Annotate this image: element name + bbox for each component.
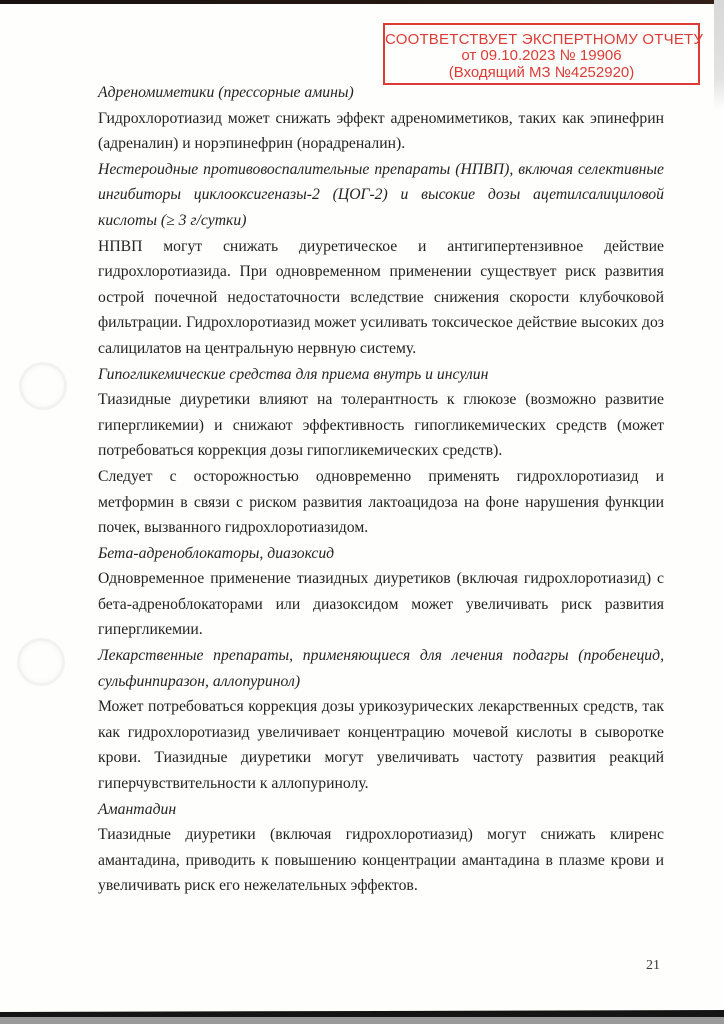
punch-hole-mark bbox=[19, 362, 67, 410]
section-paragraph: Может потребоваться коррекция дозы урико… bbox=[98, 694, 664, 796]
punch-hole-mark bbox=[17, 638, 65, 686]
scan-edge-right bbox=[714, 0, 724, 110]
section-paragraph: Гидрохлоротиазид может снижать эффект ад… bbox=[98, 106, 664, 157]
section-paragraph: Одновременное применение тиазидных диуре… bbox=[98, 566, 664, 643]
section-heading: Гипогликемические средства для приема вн… bbox=[98, 362, 664, 388]
approval-stamp: СООТВЕТСТВУЕТ ЭКСПЕРТНОМУ ОТЧЕТУ от 09.1… bbox=[383, 23, 700, 85]
section-paragraph: Следует с осторожностью одновременно при… bbox=[98, 464, 664, 541]
stamp-incoming-number: (Входящий МЗ №4252920) bbox=[385, 65, 698, 82]
section-heading: Амантадин bbox=[98, 797, 664, 823]
scan-edge-top bbox=[0, 0, 724, 4]
page-number: 21 bbox=[646, 958, 660, 974]
section-heading: Бета-адреноблокаторы, диазоксид bbox=[98, 541, 664, 567]
section-paragraph: Тиазидные диуретики (включая гидрохлорот… bbox=[98, 822, 664, 899]
section-heading: Адреномиметики (прессорные амины) bbox=[98, 80, 664, 106]
stamp-title: СООТВЕТСТВУЕТ ЭКСПЕРТНОМУ ОТЧЕТУ bbox=[385, 31, 698, 48]
section-heading: Лекарственные препараты, применяющиеся д… bbox=[98, 643, 664, 694]
document-page: СООТВЕТСТВУЕТ ЭКСПЕРТНОМУ ОТЧЕТУ от 09.1… bbox=[0, 0, 724, 1024]
stamp-date-number: от 09.10.2023 № 19906 bbox=[385, 48, 698, 65]
section-paragraph: НПВП могут снижать диуретическое и антиг… bbox=[98, 234, 664, 362]
section-heading: Нестероидные противовоспалительные препа… bbox=[98, 157, 664, 234]
document-body: Адреномиметики (прессорные амины) Гидрох… bbox=[98, 80, 664, 899]
section-paragraph: Тиазидные диуретики влияют на толерантно… bbox=[98, 387, 664, 464]
scan-edge-bottom-shadow bbox=[0, 1017, 724, 1024]
